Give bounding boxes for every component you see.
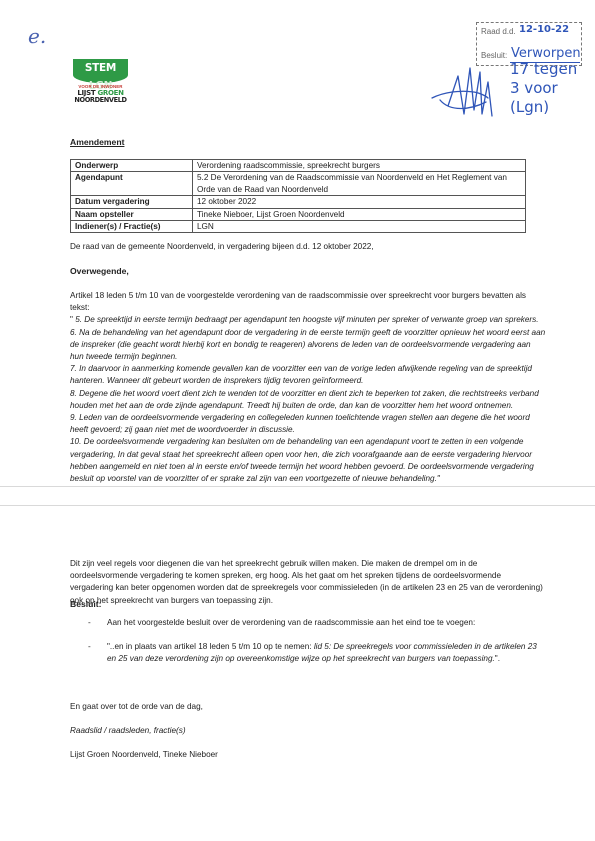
logo-line-2: NOORDENVELD — [73, 97, 128, 104]
table-row: Indiener(s) / Fractie(s)LGN — [71, 221, 526, 233]
vote-for: 3 voor — [510, 79, 577, 98]
artikel-lid-text: 8. Degene die het woord voert dient zich… — [70, 389, 539, 410]
artikel-lid: 6. Na de behandeling van het agendapunt … — [70, 327, 546, 364]
table-label: Datum vergadering — [71, 196, 193, 208]
bullet-dash: - — [88, 617, 91, 629]
artikel-lid-text: 10. De oordeelsvormende vergadering kan … — [70, 437, 534, 483]
table-value: Verordening raadscommissie, spreekrecht … — [193, 160, 526, 172]
intro-paragraph: De raad van de gemeente Noordenveld, in … — [70, 241, 540, 253]
artikel-lid-text: 9. Leden van de oordeelsvormende vergade… — [70, 413, 530, 434]
besluit-item-text: Aan het voorgestelde besluit over de ver… — [107, 617, 537, 629]
vote-tally: 17 tegen 3 voor (Lgn) — [510, 60, 577, 117]
amendment-info-table: OnderwerpVerordening raadscommissie, spr… — [70, 159, 526, 233]
artikel-lid: " 5. De spreektijd in eerste termijn bed… — [70, 314, 546, 326]
artikel-lid: 8. Degene die het woord voert dient zich… — [70, 388, 546, 412]
closing-line: En gaat over tot de orde van de dag, — [70, 701, 540, 713]
besluit-item-plain: "..en in plaats van artikel 18 leden 5 t… — [107, 642, 314, 651]
table-value: Tineke Nieboer, Lijst Groen Noordenveld — [193, 208, 526, 220]
besluit-item-tail: ". — [495, 654, 500, 663]
artikel-lid: 10. De oordeelsvormende vergadering kan … — [70, 436, 546, 485]
stamp-raad-date: 12-10-22 — [519, 24, 569, 35]
stamp-raad-label: Raad d.d. — [481, 27, 516, 36]
signer-role: Raadslid / raadsleden, fractie(s) — [70, 725, 540, 737]
besluit-item-plain: Aan het voorgestelde besluit over de ver… — [107, 618, 475, 627]
party-logo: STEM LGN VOOR DE INWONER LIJST GROEN NOO… — [73, 59, 128, 109]
scan-artifact-line — [0, 486, 595, 487]
artikel-lid: 9. Leden van de oordeelsvormende vergade… — [70, 412, 546, 436]
table-label: Agendapunt — [71, 172, 193, 196]
scan-artifact-line — [0, 505, 595, 506]
vote-against: 17 tegen — [510, 60, 577, 79]
bullet-dash: - — [88, 641, 91, 653]
stamp-besluit-value: Verworpen — [511, 46, 581, 61]
table-row: Naam opstellerTineke Nieboer, Lijst Groe… — [71, 208, 526, 220]
besluit-heading: Besluit: — [70, 598, 540, 610]
logo-banner: STEM LGN — [73, 59, 128, 83]
signature-scribble — [430, 62, 505, 122]
vote-party: (Lgn) — [510, 98, 577, 117]
logo-stem: STEM — [85, 62, 116, 74]
besluit-item-text: "..en in plaats van artikel 18 leden 5 t… — [107, 641, 537, 665]
artikel-lid-text: 7. In daarvoor in aanmerking komende gev… — [70, 364, 532, 385]
document-title: Amendement — [70, 137, 124, 147]
handwritten-corner-mark: e. — [28, 24, 46, 48]
table-label: Indiener(s) / Fractie(s) — [71, 221, 193, 233]
artikel-intro: Artikel 18 leden 5 t/m 10 van de voorges… — [70, 290, 546, 314]
overwegende-heading: Overwegende, — [70, 265, 540, 277]
artikel-leden: " 5. De spreektijd in eerste termijn bed… — [70, 314, 546, 485]
table-row: Datum vergadering12 oktober 2022 — [71, 196, 526, 208]
signer-name: Lijst Groen Noordenveld, Tineke Nieboer — [70, 749, 540, 761]
artikel-lid-text: 6. Na de behandeling van het agendapunt … — [70, 328, 545, 361]
table-label: Onderwerp — [71, 160, 193, 172]
artikel-block: Artikel 18 leden 5 t/m 10 van de voorges… — [70, 290, 546, 485]
table-value: 5.2 De Verordening van de Raadscommissie… — [193, 172, 526, 196]
stamp-besluit-label: Besluit: — [481, 51, 507, 60]
table-row: Agendapunt5.2 De Verordening van de Raad… — [71, 172, 526, 196]
table-row: OnderwerpVerordening raadscommissie, spr… — [71, 160, 526, 172]
artikel-lid: 7. In daarvoor in aanmerking komende gev… — [70, 363, 546, 387]
artikel-lid-text: 5. De spreektijd in eerste termijn bedra… — [75, 315, 538, 324]
table-value: 12 oktober 2022 — [193, 196, 526, 208]
table-value: LGN — [193, 221, 526, 233]
table-label: Naam opsteller — [71, 208, 193, 220]
